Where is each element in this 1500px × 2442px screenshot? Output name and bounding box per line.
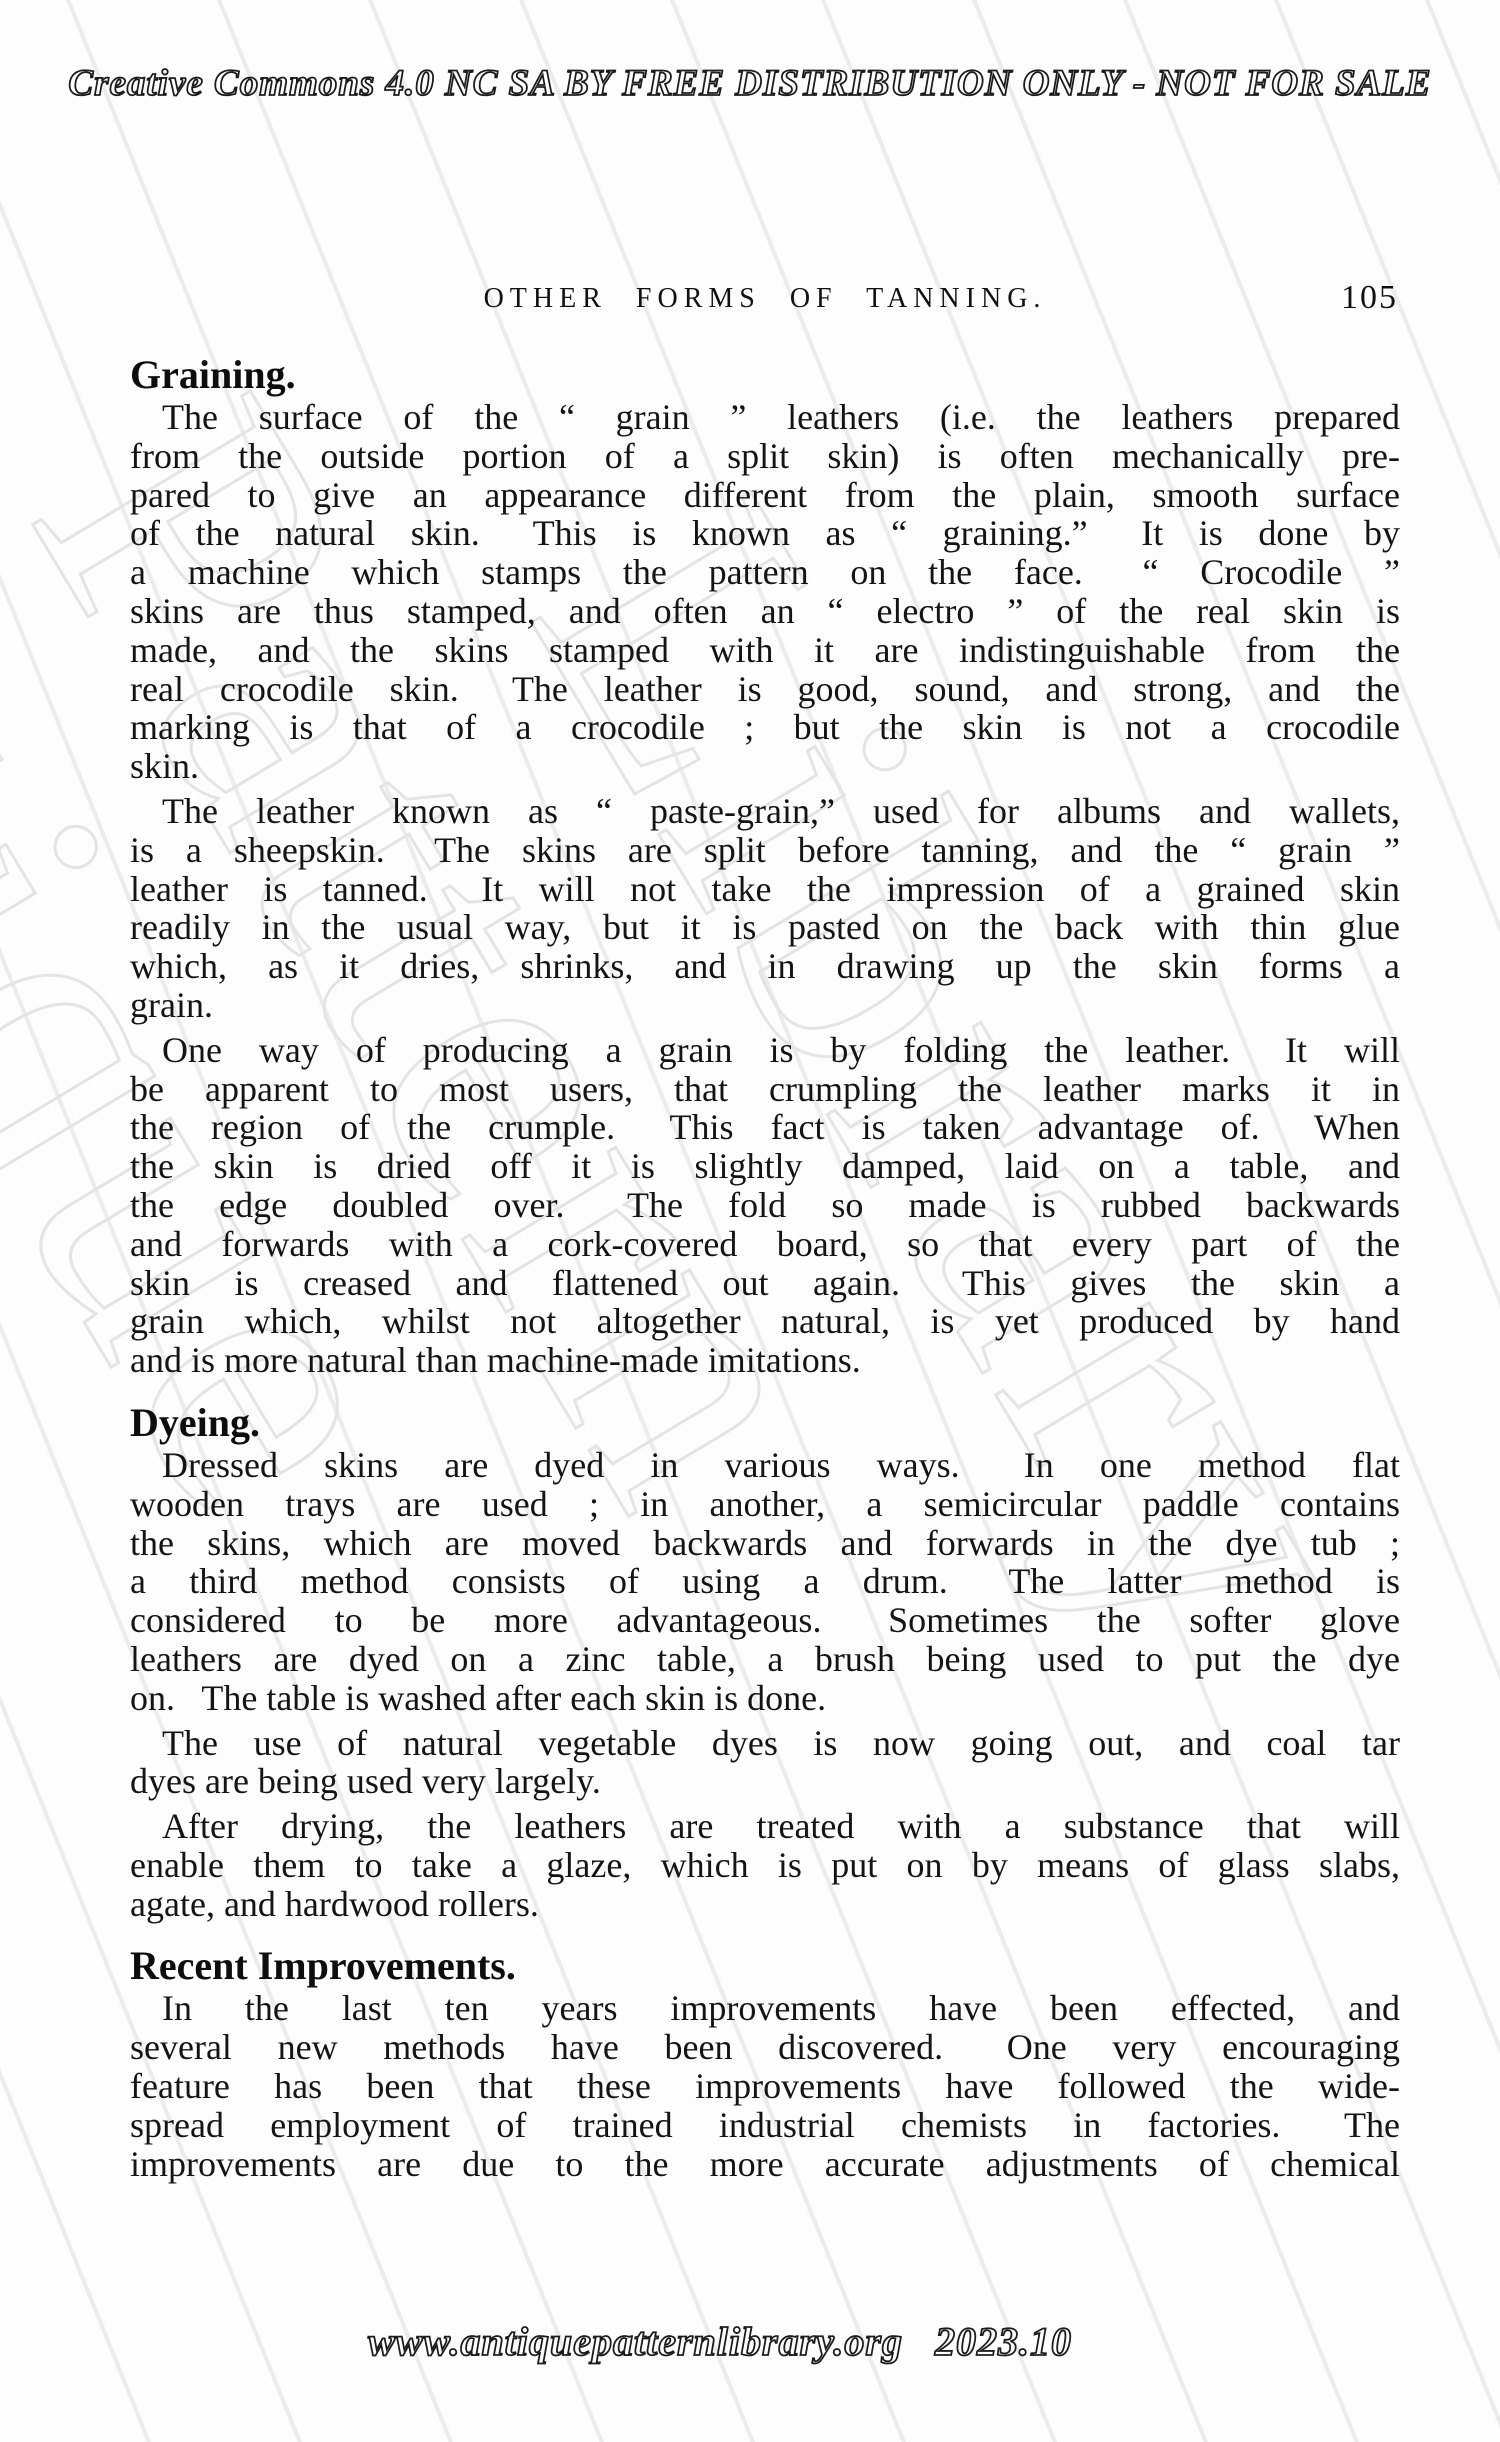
text-line: the edge doubled over. The fold so made … (130, 1186, 1400, 1225)
paragraph: The surface of the “ grain ” leathers (i… (130, 398, 1400, 786)
text-line: leathers are dyed on a zinc table, a bru… (130, 1640, 1400, 1679)
text-line: a third method consists of using a drum.… (130, 1562, 1400, 1601)
text-line: feature has been that these improvements… (130, 2067, 1400, 2106)
text-line: marking is that of a crocodile ; but the… (130, 708, 1400, 747)
text-line: several new methods have been discovered… (130, 2028, 1400, 2067)
section-heading: Graining. (130, 352, 1400, 398)
text-line: be apparent to most users, that crumplin… (130, 1070, 1400, 1109)
text-line: readily in the usual way, but it is past… (130, 908, 1400, 947)
text-line: pared to give an appearance different fr… (130, 476, 1400, 515)
text-line: leather is tanned. It will not take the … (130, 870, 1400, 909)
paragraph: One way of producing a grain is by foldi… (130, 1031, 1400, 1380)
text-line: skin. (130, 747, 1400, 786)
paragraph: Dressed skins are dyed in various ways. … (130, 1446, 1400, 1718)
text-line: grain. (130, 986, 1400, 1025)
license-header: Creative Commons 4.0 NC SA BY FREE DISTR… (0, 62, 1500, 105)
footer-credit: www.antiquepatternlibrary.org 2023.10 (0, 2318, 1440, 2365)
text-line: which, as it dries, shrinks, and in draw… (130, 947, 1400, 986)
text-line: and is more natural than machine-made im… (130, 1341, 1400, 1380)
text-line: skin is creased and flattened out again.… (130, 1264, 1400, 1303)
text-line: One way of producing a grain is by foldi… (130, 1031, 1400, 1070)
page-number: 105 (1341, 279, 1398, 317)
text-line: The leather known as “ paste-grain,” use… (130, 792, 1400, 831)
text-line: dyes are being used very largely. (130, 1762, 1400, 1801)
text-line: enable them to take a glaze, which is pu… (130, 1846, 1400, 1885)
section-heading: Dyeing. (130, 1400, 1400, 1446)
text-line: After drying, the leathers are treated w… (130, 1807, 1400, 1846)
text-line: spread employment of trained industrial … (130, 2106, 1400, 2145)
text-line: wooden trays are used ; in another, a se… (130, 1485, 1400, 1524)
paragraph: The use of natural vegetable dyes is now… (130, 1724, 1400, 1802)
text-line: The surface of the “ grain ” leathers (i… (130, 398, 1400, 437)
scanned-page: Antique Pattern Library Creative Commons… (0, 0, 1500, 2442)
running-head-row: OTHER FORMS OF TANNING. 105 (130, 283, 1400, 323)
text-line: on. The table is washed after each skin … (130, 1679, 1400, 1718)
text-line: Dressed skins are dyed in various ways. … (130, 1446, 1400, 1485)
text-line: the skin is dried off it is slightly dam… (130, 1147, 1400, 1186)
text-line: In the last ten years improvements have … (130, 1989, 1400, 2028)
text-line: and forwards with a cork-covered board, … (130, 1225, 1400, 1264)
text-line: The use of natural vegetable dyes is now… (130, 1724, 1400, 1763)
text-column: Graining.The surface of the “ grain ” le… (130, 352, 1400, 2189)
section-heading: Recent Improvements. (130, 1943, 1400, 1989)
text-line: improvements are due to the more accurat… (130, 2145, 1400, 2184)
text-line: the region of the crumple. This fact is … (130, 1108, 1400, 1147)
text-line: the skins, which are moved backwards and… (130, 1524, 1400, 1563)
text-line: agate, and hardwood rollers. (130, 1885, 1400, 1924)
text-line: considered to be more advantageous. Some… (130, 1601, 1400, 1640)
text-line: grain which, whilst not altogether natur… (130, 1302, 1400, 1341)
paragraph: After drying, the leathers are treated w… (130, 1807, 1400, 1923)
running-head-title: OTHER FORMS OF TANNING. (130, 283, 1400, 315)
paragraph: In the last ten years improvements have … (130, 1989, 1400, 2183)
text-line: made, and the skins stamped with it are … (130, 631, 1400, 670)
text-line: real crocodile skin. The leather is good… (130, 670, 1400, 709)
text-line: is a sheepskin. The skins are split befo… (130, 831, 1400, 870)
text-line: skins are thus stamped, and often an “ e… (130, 592, 1400, 631)
paragraph: The leather known as “ paste-grain,” use… (130, 792, 1400, 1025)
text-line: of the natural skin. This is known as “ … (130, 514, 1400, 553)
text-line: a machine which stamps the pattern on th… (130, 553, 1400, 592)
text-line: from the outside portion of a split skin… (130, 437, 1400, 476)
